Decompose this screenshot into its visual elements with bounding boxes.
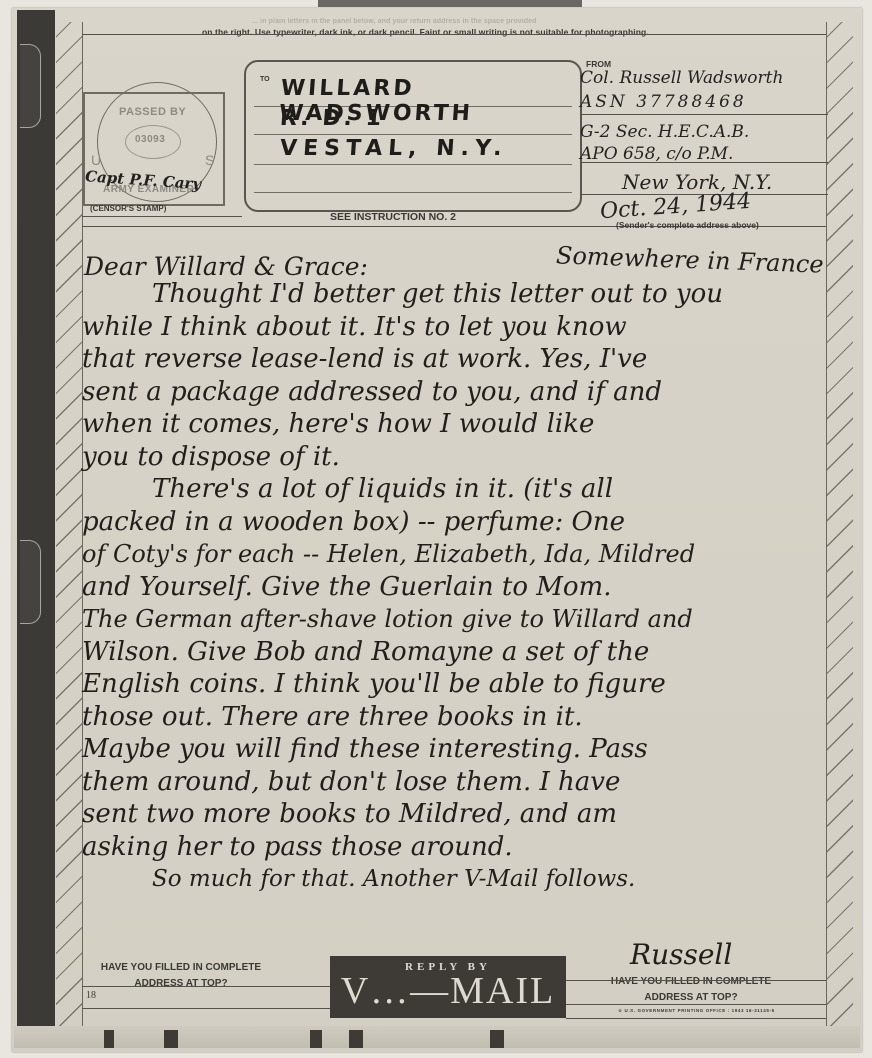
footer-question-line: ADDRESS AT TOP?	[86, 976, 276, 992]
footer-question-right: HAVE YOU FILLED IN COMPLETE ADDRESS AT T…	[586, 974, 796, 1006]
letter-line: Wilson. Give Bob and Romayne a set of th…	[82, 636, 832, 669]
letter-line: Maybe you will find these interesting. P…	[82, 733, 832, 766]
letter-line: those out. There are three books in it.	[82, 701, 832, 734]
film-bottom-edge	[14, 1026, 860, 1048]
left-hatched-margin	[56, 22, 83, 1028]
letter-line: you to dispose of it.	[82, 441, 832, 474]
from-apo: APO 658, c/o P.M.	[580, 144, 733, 164]
letter-line: asking her to pass those around.	[82, 831, 832, 864]
see-instruction-label: SEE INSTRUCTION NO. 2	[330, 211, 456, 223]
letter-line: when it comes, here's how I would like	[82, 408, 832, 441]
letter-place: Somewhere in France	[556, 241, 824, 278]
letter-line: There's a lot of liquids in it. (it's al…	[82, 473, 832, 506]
footer-rule	[566, 1004, 826, 1005]
censor-letter-s: S	[205, 152, 215, 168]
sender-address-label: (Sender's complete address above)	[616, 220, 759, 230]
censor-passed-by: PASSED BY	[119, 106, 186, 118]
from-name: Col. Russell Wadsworth	[580, 68, 783, 88]
letter-line: English coins. I think you'll be able to…	[82, 668, 832, 701]
to-route: R. D. 1	[279, 106, 385, 131]
letter-line: sent two more books to Mildred, and am	[82, 798, 832, 831]
reply-by-vmail-banner: REPLY BY V…—MAIL	[330, 956, 566, 1018]
scanner-top-tab	[318, 0, 582, 7]
censor-stamp: PASSED BY 03093 U S ARMY EXAMINER Capt P…	[82, 92, 225, 206]
punch-hole-middle	[20, 540, 41, 624]
gpo-notice: ☆ U.S. GOVERNMENT PRINTING OFFICE : 1943…	[618, 1008, 775, 1014]
letter-line: The German after-shave lotion give to Wi…	[82, 603, 832, 636]
footer-rule	[82, 1008, 330, 1009]
from-rule	[582, 162, 828, 163]
letter-line: packed in a wooden box) -- perfume: One	[82, 506, 832, 539]
letter-line: them around, but don't lose them. I have	[82, 766, 832, 799]
letter-body: Thought I'd better get this letter out t…	[82, 278, 832, 896]
instructions-line: on the right. Use typewriter, dark ink, …	[202, 27, 822, 38]
letter-salutation: Dear Willard & Grace:	[84, 252, 368, 281]
footer-rule	[566, 980, 826, 981]
letter-line: and Yourself. Give the Guerlain to Mom.	[82, 571, 832, 604]
letter-line: that reverse lease-lend is at work. Yes,…	[82, 343, 832, 376]
censor-number: 03093	[135, 134, 165, 145]
footer-rule	[82, 986, 330, 987]
vmail-brand: V…—MAIL	[330, 972, 566, 1010]
letter-line: So much for that. Another V-Mail follows…	[82, 863, 832, 896]
from-serial: ASN 37788468	[580, 92, 747, 112]
letter-line: of Coty's for each -- Helen, Elizabeth, …	[82, 538, 832, 571]
to-address-box: TO WILLARD WADSWORTH R. D. 1 VESTAL, N.Y…	[244, 60, 582, 212]
footer-question-line: HAVE YOU FILLED IN COMPLETE	[86, 960, 276, 976]
address-line	[254, 192, 572, 193]
footer-rule	[566, 1018, 826, 1019]
address-line	[254, 134, 572, 135]
censor-letter-u: U	[91, 152, 102, 168]
to-city: VESTAL, N.Y.	[279, 136, 508, 161]
to-label: TO	[260, 76, 270, 83]
censor-stamp-label: (CENSOR'S STAMP)	[90, 204, 166, 213]
film-edge-strip	[17, 10, 55, 1040]
instructions-faint-line: ... in plain letters in the panel below,…	[252, 16, 812, 27]
vmail-form: ... in plain letters in the panel below,…	[82, 22, 826, 1027]
letter-line: while I think about it. It's to let you …	[82, 311, 832, 344]
letter-line: Thought I'd better get this letter out t…	[82, 278, 832, 311]
address-line	[254, 164, 572, 165]
stamp-bottom-rule	[82, 216, 242, 217]
from-unit: G-2 Sec. H.E.C.A.B.	[580, 122, 749, 142]
letter-signature: Russell	[630, 938, 732, 971]
top-rule	[82, 34, 826, 35]
letter-line: sent a package addressed to you, and if …	[82, 376, 832, 409]
page-number: 18	[86, 990, 96, 1001]
from-rule	[582, 114, 828, 115]
footer-question-line: HAVE YOU FILLED IN COMPLETE	[586, 974, 796, 990]
punch-hole-top	[20, 44, 41, 128]
